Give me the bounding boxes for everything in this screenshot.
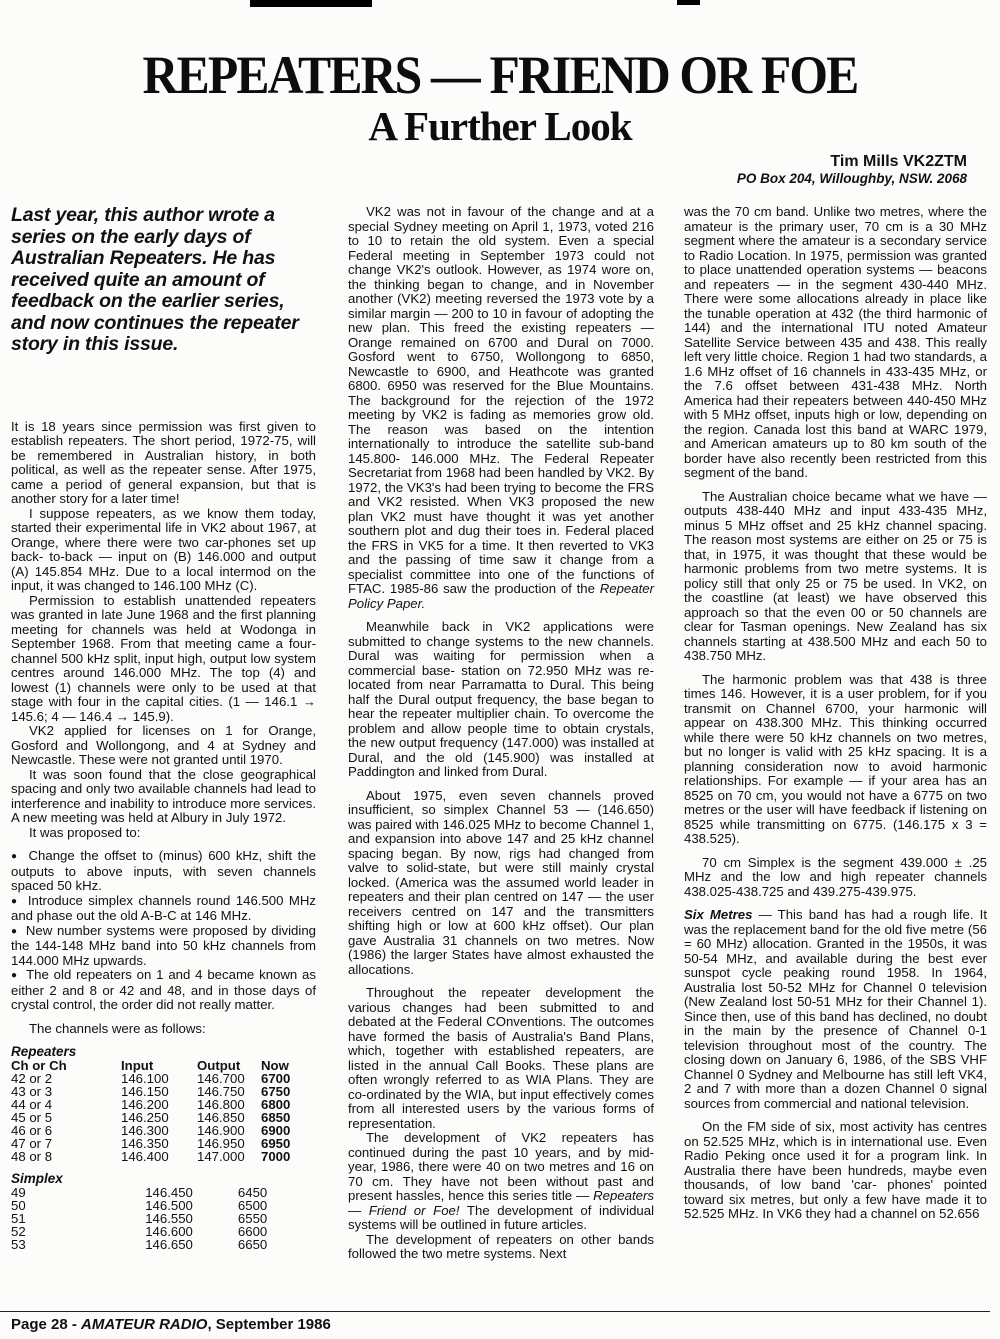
left-column-body: It is 18 years since permission was firs… (11, 420, 316, 1037)
paragraph: Permission to establish unattended repea… (11, 594, 316, 725)
paragraph: It was soon found that the close geograp… (11, 768, 316, 826)
table-row: 48 or 8146.400147.0007000 (11, 1150, 316, 1163)
table-cell: 7000 (261, 1150, 316, 1163)
paragraph: Throughout the repeater development the … (348, 986, 654, 1131)
paragraph: VK2 was not in favour of the change and … (348, 205, 654, 611)
paragraph: The channels were as follows: (11, 1022, 316, 1037)
bullet-paragraph: ● New number systems were proposed by di… (11, 924, 316, 969)
intro-paragraph: Last year, this author wrote a series on… (11, 205, 316, 356)
page-footer: Page 28 - AMATEUR RADIO, September 1986 (11, 1316, 331, 1333)
author-name: Tim Mills VK2ZTM (737, 153, 967, 171)
left-column: Last year, this author wrote a series on… (11, 205, 316, 1251)
table-cell: 53 (11, 1238, 145, 1251)
paragraph: It is 18 years since permission was firs… (11, 420, 316, 507)
table-row: 53146.6506650 (11, 1238, 316, 1251)
bullet-icon: ● (11, 926, 26, 937)
table-cell: 52 (11, 1225, 145, 1238)
table-cell: 51 (11, 1212, 145, 1225)
magazine-name: AMATEUR RADIO (81, 1316, 207, 1333)
article-subtitle: A Further Look (0, 102, 1000, 150)
paragraph: About 1975, even seven channels proved i… (348, 789, 654, 978)
magazine-page: REPEATERS — FRIEND OR FOE A Further Look… (0, 0, 1000, 1339)
paragraph: I suppose repeaters, as we know them tod… (11, 507, 316, 594)
paragraph: was the 70 cm band. Unlike two metres, w… (684, 205, 987, 481)
paragraph: The development of VK2 repeaters has con… (348, 1131, 654, 1233)
paragraph: Meanwhile back in VK2 applications were … (348, 620, 654, 780)
paragraph: Six Metres — This band has had a rough l… (684, 908, 987, 1111)
scan-artifact-bar (250, 0, 372, 7)
bullet-paragraph: ● The old repeaters on 1 and 4 became kn… (11, 968, 316, 1013)
table-cell: 147.000 (197, 1150, 261, 1163)
repeaters-label: Repeaters (11, 1045, 316, 1059)
bullet-icon: ● (11, 851, 29, 862)
repeaters-table: Ch or ChInputOutputNow 42 or 2146.100146… (11, 1059, 316, 1163)
paragraph: The development of repeaters on other ba… (348, 1233, 654, 1262)
table-cell: 48 or 8 (11, 1150, 121, 1163)
paragraph: The harmonic problem was that 438 is thr… (684, 673, 987, 847)
bullet-paragraph: ● Change the offset to (minus) 600 kHz, … (11, 849, 316, 894)
scan-artifact-bar (677, 0, 700, 5)
table-cell: 146.650 (145, 1238, 238, 1251)
author-address: PO Box 204, Willoughby, NSW. 2068 (737, 171, 967, 187)
page-number-label: Page 28 - (11, 1316, 81, 1333)
paragraph: 70 cm Simplex is the segment 439.000 ± .… (684, 856, 987, 900)
bullet-paragraph: ● Introduce simplex channels round 146.5… (11, 894, 316, 924)
simplex-table: 49146.450645050146.500650051146.55065505… (11, 1186, 316, 1251)
simplex-label: Simplex (11, 1172, 316, 1186)
table-cell: 50 (11, 1199, 145, 1212)
table-cell: 49 (11, 1186, 145, 1199)
bullet-icon: ● (11, 896, 28, 907)
footer-rule (0, 1311, 990, 1312)
paragraph: The Australian choice became what we hav… (684, 490, 987, 664)
table-cell: 6650 (238, 1238, 316, 1251)
right-column: was the 70 cm band. Unlike two metres, w… (684, 205, 987, 1222)
paragraph: On the FM side of six, most activity has… (684, 1120, 987, 1222)
middle-column: VK2 was not in favour of the change and … (348, 205, 654, 1262)
bullet-icon: ● (11, 970, 26, 981)
paragraph: It was proposed to: (11, 826, 316, 841)
paragraph: VK2 applied for licenses on 1 for Orange… (11, 724, 316, 768)
table-cell: 146.400 (121, 1150, 197, 1163)
issue-date: , September 1986 (207, 1316, 330, 1333)
article-title: REPEATERS — FRIEND OR FOE (40, 44, 960, 106)
channel-listing: Repeaters Ch or ChInputOutputNow 42 or 2… (11, 1045, 316, 1251)
byline: Tim Mills VK2ZTM PO Box 204, Willoughby,… (737, 153, 967, 187)
